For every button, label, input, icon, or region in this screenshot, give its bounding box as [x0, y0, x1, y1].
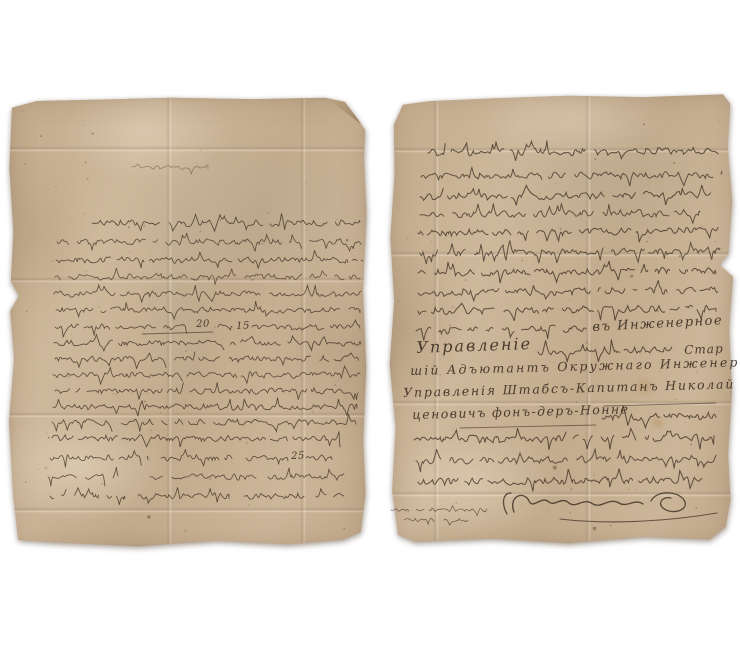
paper-edge-shading — [8, 96, 368, 548]
page-2-paper — [388, 93, 734, 545]
page-1-paper — [8, 96, 368, 548]
letter-page-1 — [8, 96, 368, 548]
paper-edge-shading — [388, 93, 734, 545]
letter-page-2 — [388, 93, 734, 545]
scanned-letter: 201525въ ИнженерноеУправленіеСтаршій Адъ… — [0, 0, 740, 650]
